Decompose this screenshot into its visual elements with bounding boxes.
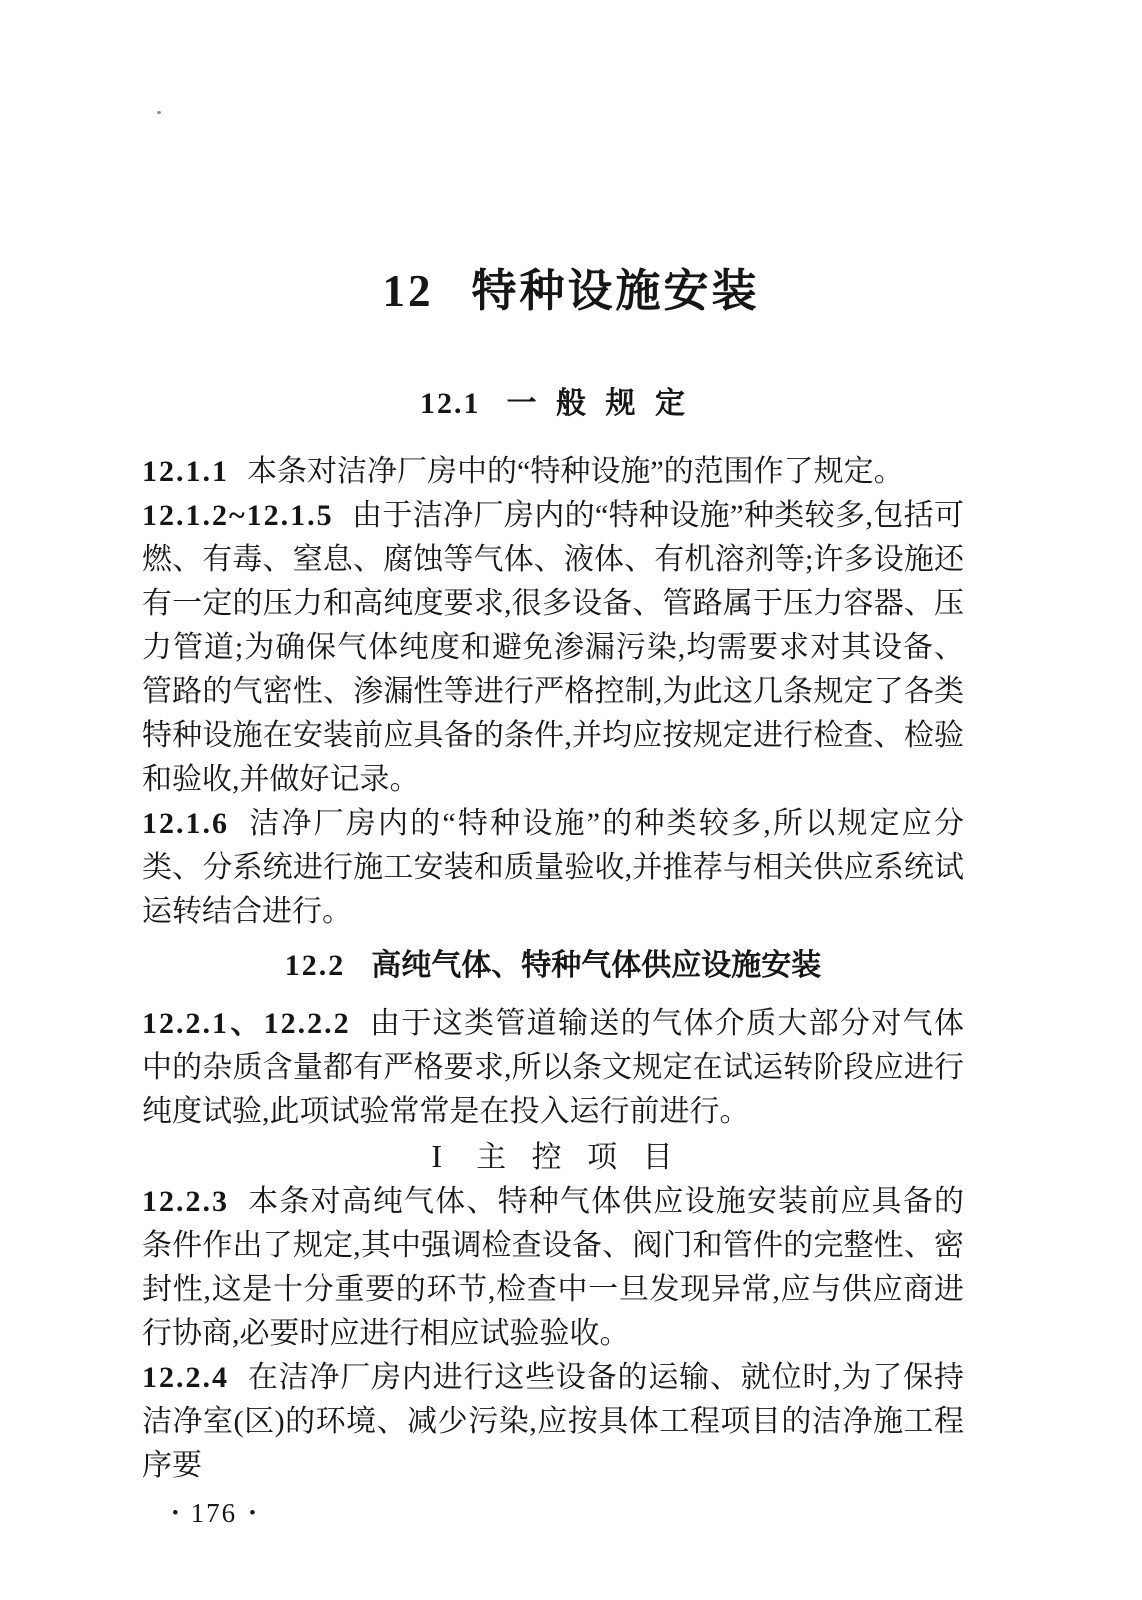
- clause-12-1-2-number: 12.1.2~12.1.5: [142, 499, 334, 532]
- clause-12-1-1: 12.1.1本条对洁净厂房中的“特种设施”的范围作了规定。: [142, 450, 964, 494]
- section-12-2-title: 高纯气体、特种气体供应设施安装: [371, 949, 821, 982]
- clause-12-1-2-text: 由于洁净厂房内的“特种设施”种类较多,包括可燃、有毒、窒息、腐蚀等气体、液体、有…: [142, 499, 964, 796]
- clause-12-2-3-number: 12.2.3: [142, 1185, 229, 1218]
- subheading-main-control-items: I主 控 项 目: [142, 1134, 964, 1180]
- clause-12-1-6-number: 12.1.6: [142, 807, 229, 840]
- section-12-2-number: 12.2: [285, 949, 346, 982]
- clause-12-2-3-text: 本条对高纯气体、特种气体供应设施安装前应具备的条件作出了规定,其中强调检查设备、…: [142, 1185, 964, 1350]
- section-12-1-title: 一 般 规 定: [507, 387, 687, 420]
- section-heading-12-2: 12.2高纯气体、特种气体供应设施安装: [142, 948, 964, 984]
- section-heading-12-1: 12.1一 般 规 定: [142, 386, 964, 422]
- chapter-number: 12: [382, 266, 433, 316]
- text-column: 12.1一 般 规 定 12.1.1本条对洁净厂房中的“特种设施”的范围作了规定…: [142, 386, 964, 1536]
- page-number: 176: [191, 1498, 238, 1528]
- clause-12-1-6-text: 洁净厂房内的“特种设施”的种类较多,所以规定应分类、分系统进行施工安装和质量验收…: [142, 807, 964, 928]
- subheading-text: 主 控 项 目: [476, 1141, 675, 1174]
- page-footer: •176•: [172, 1491, 964, 1536]
- clause-12-1-6: 12.1.6洁净厂房内的“特种设施”的种类较多,所以规定应分类、分系统进行施工安…: [142, 802, 964, 934]
- clause-12-1-1-text: 本条对洁净厂房中的“特种设施”的范围作了规定。: [247, 455, 904, 488]
- dot-decoration-right: •: [249, 1503, 256, 1524]
- clause-12-2-1-and-12-2-2: 12.2.1、12.2.2由于这类管道输送的气体介质大部分对气体中的杂质含量都有…: [142, 1002, 964, 1134]
- clause-12-1-2-to-12-1-5: 12.1.2~12.1.5由于洁净厂房内的“特种设施”种类较多,包括可燃、有毒、…: [142, 494, 964, 802]
- clause-12-2-4-number: 12.2.4: [142, 1361, 229, 1394]
- document-page: 12特种设施安装 12.1一 般 规 定 12.1.1本条对洁净厂房中的“特种设…: [0, 0, 1142, 1600]
- clause-12-2-3: 12.2.3本条对高纯气体、特种气体供应设施安装前应具备的条件作出了规定,其中强…: [142, 1180, 964, 1356]
- section-12-1-number: 12.1: [420, 387, 481, 420]
- dot-decoration-left: •: [172, 1503, 179, 1524]
- clause-12-2-4: 12.2.4在洁净厂房内进行这些设备的运输、就位时,为了保持洁净室(区)的环境、…: [142, 1356, 964, 1488]
- roman-numeral-one: I: [431, 1138, 442, 1174]
- clause-12-2-1-number: 12.2.1、12.2.2: [142, 1007, 351, 1040]
- chapter-title: 特种设施安装: [471, 266, 759, 316]
- clause-12-2-4-text: 在洁净厂房内进行这些设备的运输、就位时,为了保持洁净室(区)的环境、减少污染,应…: [142, 1361, 964, 1482]
- chapter-heading: 12特种设施安装: [0, 266, 1142, 316]
- clause-12-1-1-number: 12.1.1: [142, 455, 229, 488]
- scan-artifact-dot: [157, 111, 161, 114]
